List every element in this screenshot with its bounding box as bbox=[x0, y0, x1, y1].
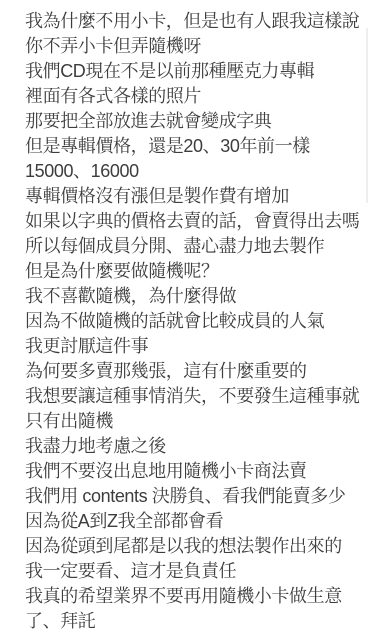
text-line: 我真的希望業界不要再用隨機小卡做生意 bbox=[25, 584, 371, 609]
text-line: 我想要讓這種事情消失，不要發生這種事就 bbox=[25, 384, 371, 409]
scrollbar-thumb[interactable] bbox=[366, 28, 368, 203]
text-line: 我一定要看、這才是負責任 bbox=[25, 559, 371, 584]
text-line: 我為什麼不用小卡，但是也有人跟我這樣說 bbox=[25, 9, 371, 34]
text-line: 如果以字典的價格去賣的話，會賣得出去嗎 bbox=[25, 209, 371, 234]
text-line: 因為不做隨機的話就會比較成員的人氣 bbox=[25, 309, 371, 334]
text-line: 我更討厭這件事 bbox=[25, 334, 371, 359]
text-note-page: 我為什麼不用小卡，但是也有人跟我這樣說 你不弄小卡但弄隨機呀 我們CD現在不是以… bbox=[0, 0, 377, 640]
text-line: 因為從頭到尾都是以我的想法製作出來的 bbox=[25, 534, 371, 559]
text-line: 裡面有各式各樣的照片 bbox=[25, 84, 371, 109]
text-line: 了、拜託 bbox=[25, 609, 371, 634]
transcript-block: 我為什麼不用小卡，但是也有人跟我這樣說 你不弄小卡但弄隨機呀 我們CD現在不是以… bbox=[25, 9, 371, 634]
text-line: 所以每個成員分開、盡心盡力地去製作 bbox=[25, 234, 371, 259]
text-line: 但是為什麼要做隨機呢？ bbox=[25, 259, 371, 284]
text-line: 因為從A到Z我全部都會看 bbox=[25, 509, 371, 534]
text-line: 我不喜歡隨機，為什麼得做 bbox=[25, 284, 371, 309]
text-line: 但是專輯價格，還是20、30年前一樣 bbox=[25, 134, 371, 159]
text-line: 專輯價格沒有漲但是製作費有增加 bbox=[25, 184, 371, 209]
text-line: 我們CD現在不是以前那種壓克力專輯 bbox=[25, 59, 371, 84]
text-line: 那要把全部放進去就會變成字典 bbox=[25, 109, 371, 134]
text-line: 我們不要沒出息地用隨機小卡商法賣 bbox=[25, 459, 371, 484]
text-line: 我盡力地考慮之後 bbox=[25, 434, 371, 459]
text-line: 為何要多賣那幾張，這有什麼重要的 bbox=[25, 359, 371, 384]
text-line: 只有出隨機 bbox=[25, 409, 371, 434]
text-line: 我們用 contents 決勝負、看我們能賣多少 bbox=[25, 484, 371, 509]
text-line: 15000、16000 bbox=[25, 159, 371, 184]
text-line: 你不弄小卡但弄隨機呀 bbox=[25, 34, 371, 59]
